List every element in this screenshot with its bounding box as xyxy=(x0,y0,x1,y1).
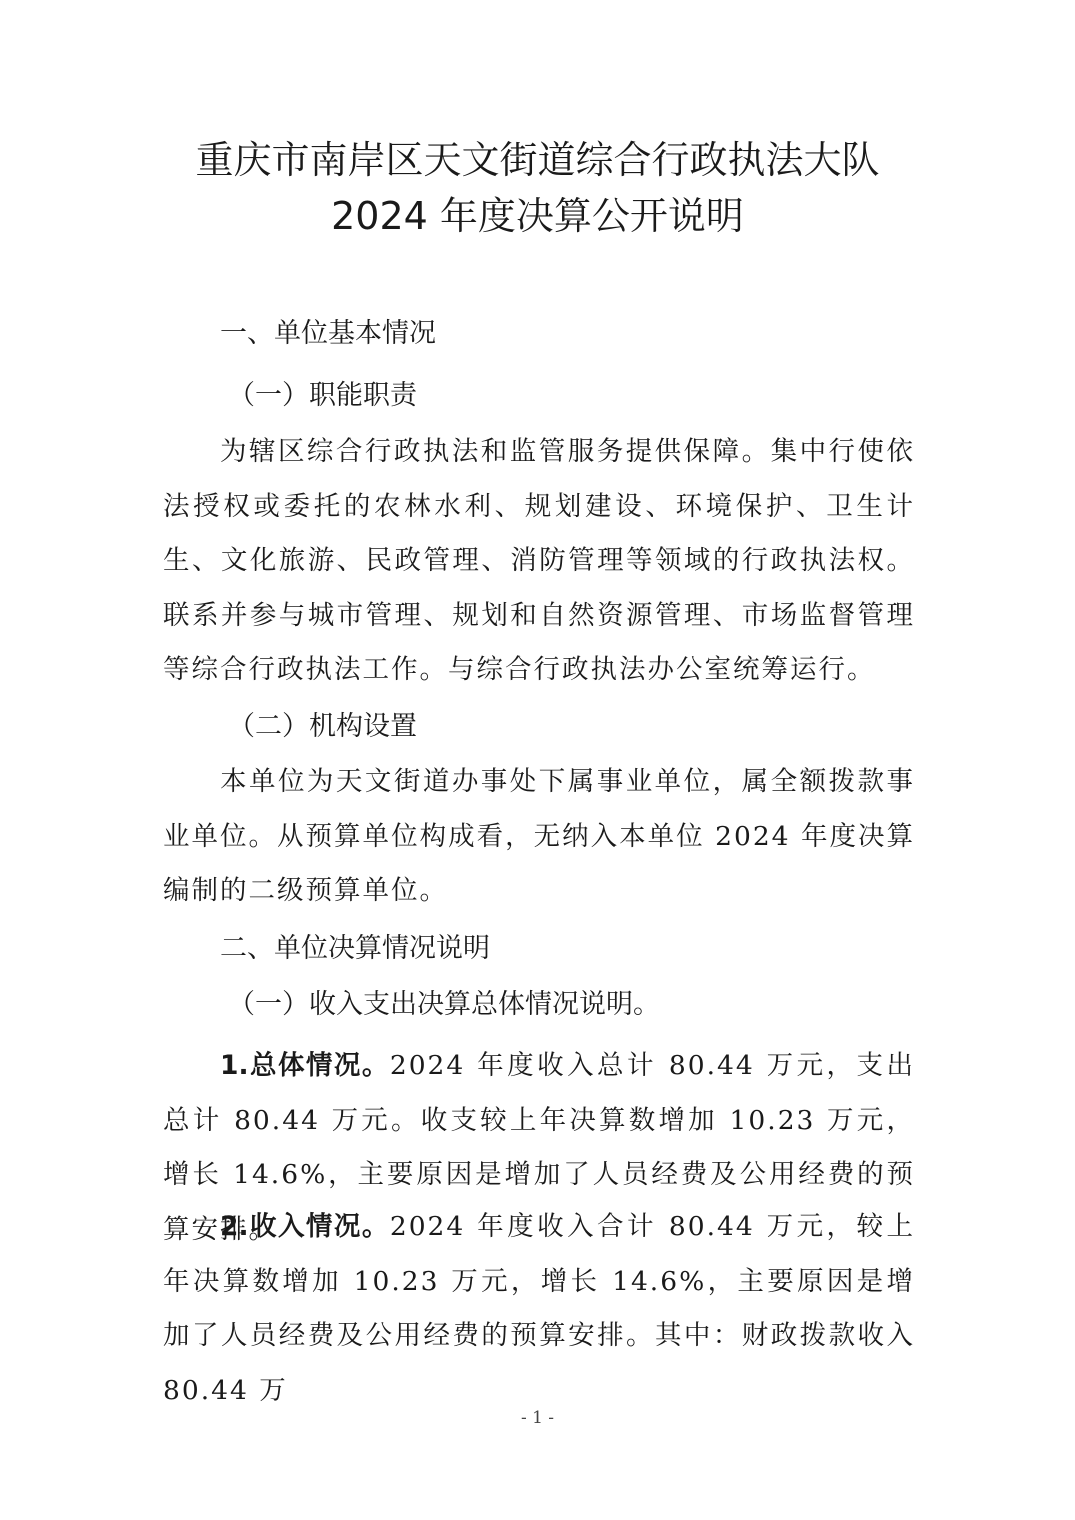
section1-sub2-heading: （二）机构设置 xyxy=(228,709,417,745)
document-title-line2: 2024 年度决算公开说明 xyxy=(0,190,1075,242)
section1-sub2-paragraph: 本单位为天文街道办事处下属事业单位，属全额拨款事业单位。从预算单位构成看，无纳入… xyxy=(163,755,915,919)
income-situation-paragraph: 2.收入情况。2024 年度收入合计 80.44 万元，较上年决算数增加 10.… xyxy=(163,1200,915,1418)
section1-sub1-heading: （一）职能职责 xyxy=(228,378,417,414)
section2-heading: 二、单位决算情况说明 xyxy=(220,931,490,967)
section1-sub1-paragraph: 为辖区综合行政执法和监管服务提供保障。集中行使依法授权或委托的农林水利、规划建设… xyxy=(163,425,915,698)
document-page: 重庆市南岸区天文街道综合行政执法大队 2024 年度决算公开说明 一、单位基本情… xyxy=(0,0,1075,1520)
page-number: - 1 - xyxy=(0,1408,1075,1428)
document-title-line1: 重庆市南岸区天文街道综合行政执法大队 xyxy=(0,134,1075,186)
income-situation-label: 2.收入情况。 xyxy=(220,1211,390,1242)
section2-sub1-heading: （一）收入支出决算总体情况说明。 xyxy=(228,987,660,1023)
section1-heading: 一、单位基本情况 xyxy=(220,316,436,352)
overall-situation-label: 1.总体情况。 xyxy=(220,1050,390,1081)
